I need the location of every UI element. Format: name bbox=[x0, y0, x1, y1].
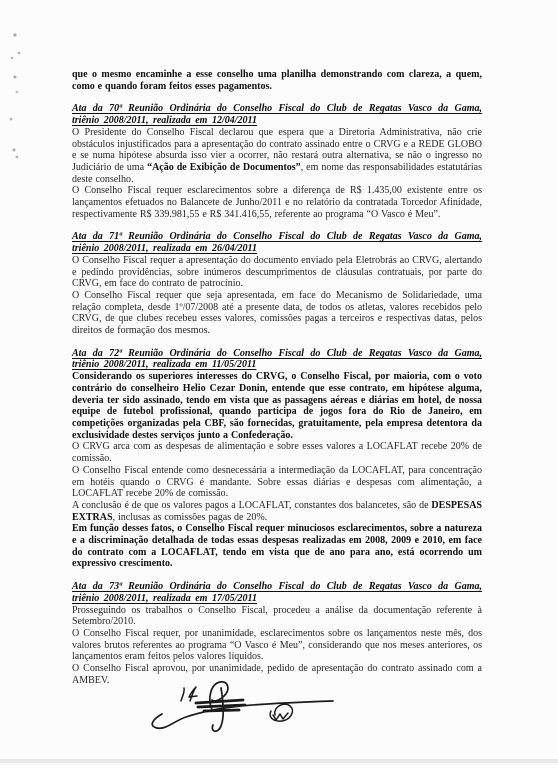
paragraph: O Conselho Fiscal requer a apresentação … bbox=[72, 255, 482, 290]
paragraph: Em função desses fatos, o Conselho Fisca… bbox=[72, 523, 482, 570]
paragraph-run: , inclusas as comissões pagas de 20%. bbox=[113, 512, 268, 523]
paragraph: O Presidente do Conselho Fiscal declarou… bbox=[72, 127, 482, 186]
paragraph: O Conselho Fiscal requer esclarecimentos… bbox=[72, 185, 482, 220]
section-ata-72: Ata da 72ª Reunião Ordinária do Conselho… bbox=[72, 348, 482, 570]
signature-scrawl bbox=[146, 676, 346, 740]
section-heading: Ata da 70ª Reunião Ordinária do Conselho… bbox=[72, 103, 482, 126]
paragraph: O CRVG arca com as despesas de alimentaç… bbox=[72, 441, 482, 464]
signature-scribble bbox=[196, 700, 245, 711]
paragraph: Prosseguindo os trabalhos o Conselho Fis… bbox=[72, 605, 482, 628]
scanned-document-page: que o mesmo encaminhe a esse conselho um… bbox=[0, 0, 558, 768]
section-ata-73: Ata da 73ª Reunião Ordinária do Conselho… bbox=[72, 581, 482, 686]
signature-mark-small bbox=[181, 687, 197, 701]
section-heading: Ata da 72ª Reunião Ordinária do Conselho… bbox=[72, 348, 482, 371]
intro-paragraph: que o mesmo encaminhe a esse conselho um… bbox=[72, 69, 482, 92]
paragraph-run: A conclusão é de que os valores pagos a … bbox=[72, 500, 431, 511]
paragraph: O Conselho Fiscal requer que seja aprese… bbox=[72, 290, 482, 337]
section-heading: Ata da 71ª Reunião Ordinária do Conselho… bbox=[72, 231, 482, 254]
section-heading: Ata da 73ª Reunião Ordinária do Conselho… bbox=[72, 581, 482, 604]
document-text: que o mesmo encaminhe a esse conselho um… bbox=[72, 69, 482, 686]
section-ata-70: Ata da 70ª Reunião Ordinária do Conselho… bbox=[72, 103, 482, 220]
section-ata-71: Ata da 71ª Reunião Ordinária do Conselho… bbox=[72, 231, 482, 336]
paragraph: O Conselho Fiscal requer, por unanimidad… bbox=[72, 628, 482, 663]
paragraph: Considerando os superiores interesses do… bbox=[72, 371, 482, 441]
scan-edge-band bbox=[0, 759, 558, 763]
signature-circled-w bbox=[270, 704, 292, 721]
paragraph-run-bold: “Ação de Exibição de Documentos” bbox=[147, 162, 301, 173]
paragraph: A conclusão é de que os valores pagos a … bbox=[72, 500, 482, 523]
paragraph: O Conselho Fiscal entende como desnecess… bbox=[72, 465, 482, 500]
scan-speckles bbox=[0, 0, 2, 2]
